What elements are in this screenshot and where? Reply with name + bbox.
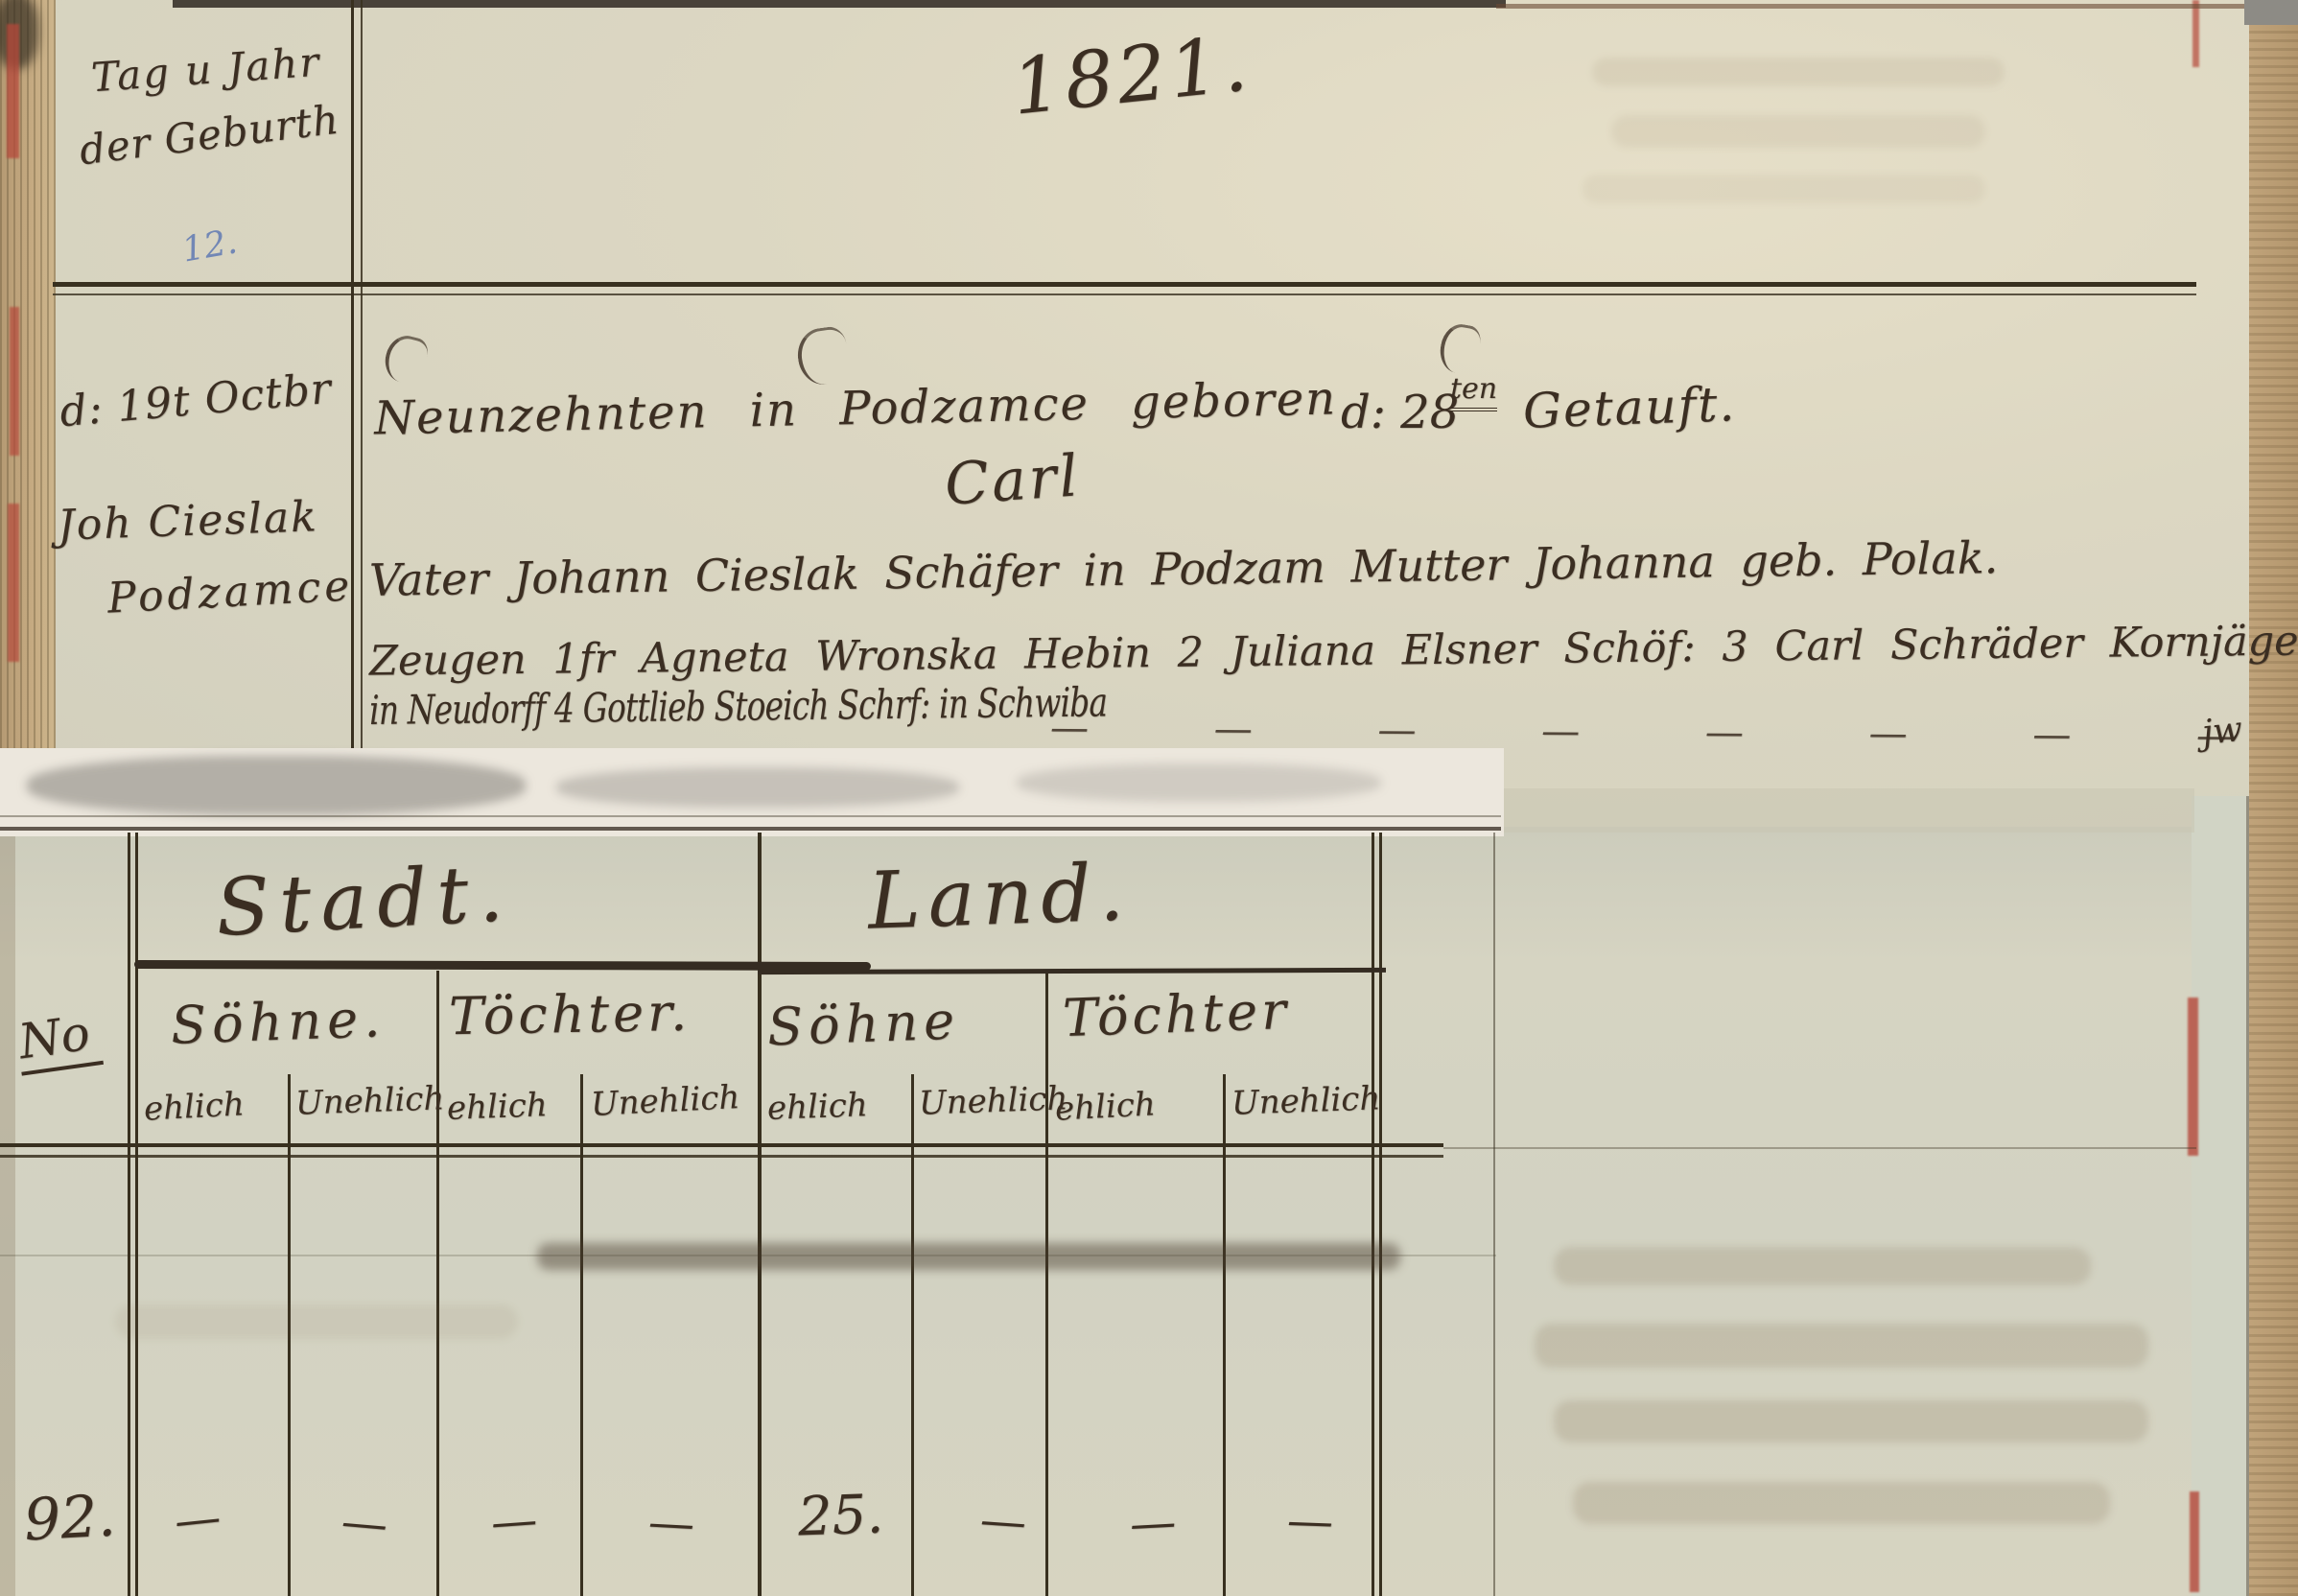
table-no-label: No — [13, 1003, 104, 1075]
bleedthrough-top-3 — [1583, 175, 1985, 203]
spine-corner-shadow — [0, 0, 38, 69]
page-left-edge-shadow — [0, 833, 15, 1596]
right-red-mark-top — [2192, 0, 2199, 67]
spine-red-streak-3 — [8, 504, 19, 662]
bleedthrough-top-1 — [1592, 58, 2005, 86]
bleedthrough-bottom-3 — [1554, 1400, 2148, 1443]
entry-baptism-date: d: 28 — [1341, 386, 1459, 439]
land-soehne-label: Söhne — [766, 991, 961, 1058]
entry-margin-name: Joh Cieslak — [57, 492, 318, 550]
land-toechter-ehlich-label: ehlich — [1054, 1085, 1157, 1128]
table-vline-stadt-st-divider — [436, 971, 439, 1596]
right-strip-divider — [2246, 796, 2249, 1596]
right-red-mark-mid — [2188, 997, 2198, 1156]
stadt-toechter-unehlich-label: Unehlich — [590, 1078, 740, 1124]
top-edge-line-right — [1496, 4, 2244, 9]
land-soehne-unehlich-label: Unehlich — [918, 1079, 1068, 1122]
stadt-soehne-label: Söhne. — [170, 988, 387, 1056]
bleedthrough-top-2 — [1611, 115, 1985, 148]
table-vline-land-soehne-split — [911, 1074, 914, 1596]
row-no-value: 92. — [22, 1483, 117, 1555]
bleedthrough-bottom-2 — [1535, 1324, 2148, 1368]
right-light-strip — [2192, 796, 2249, 1596]
header-rule-a — [53, 282, 2196, 287]
entry-witnesses-line2: in Neudorff 4 Gottlieb Stoeich Schrf: in… — [369, 678, 1107, 734]
seam-smudge-2 — [556, 767, 959, 808]
table-vline-far-right — [1493, 833, 1495, 1596]
register-page-scan: Tag u Jahr der Geburth 12. 1821. d: 19t … — [0, 0, 2298, 1596]
table-top-line — [0, 827, 1501, 831]
row-stadt-soehne-ehlich: — — [172, 1490, 223, 1549]
table-top-line-faint — [0, 815, 1501, 817]
table-vline-stadt-land-divider — [758, 833, 762, 1596]
table-land-label: Land. — [866, 847, 1133, 948]
table-vline-land-toechter-split — [1223, 1074, 1226, 1596]
bleedthrough-mid-left — [115, 1304, 518, 1339]
book-edge-right — [2249, 0, 2298, 1596]
entry-baptism-date-suffix: ten — [1450, 372, 1497, 411]
header-rule-b — [53, 293, 2196, 295]
table-vline-right-a — [1372, 833, 1374, 1596]
entry-baptism-word: Getauft. — [1522, 376, 1737, 439]
spine-red-streak-1 — [7, 24, 19, 158]
land-soehne-ehlich-label: ehlich — [766, 1086, 868, 1128]
stadt-toechter-ehlich-label: ehlich — [446, 1086, 548, 1128]
row-land-toechter-ehlich: — — [1129, 1495, 1178, 1551]
seam-smudge-3 — [1017, 763, 1381, 802]
stadt-soehne-ehlich-label: ehlich — [143, 1085, 246, 1128]
seam-smudge-1 — [27, 756, 526, 815]
seam-right-tone — [1504, 788, 2194, 833]
table-vline-no-a — [128, 833, 130, 1596]
table-stadt-label: Stadt. — [214, 848, 515, 954]
subheader-rule-b — [0, 1155, 1443, 1158]
header-column-divider-b — [361, 0, 363, 758]
spine-red-streak-2 — [10, 307, 19, 456]
table-vline-no-b — [135, 833, 138, 1596]
table-vline-land-st-divider — [1045, 971, 1048, 1596]
top-right-corner-patch — [2244, 0, 2298, 25]
bleedthrough-bottom-4 — [1573, 1482, 2110, 1524]
table-vline-stadt-toechter-split — [580, 1074, 583, 1596]
row-land-soehne-unehlich: — — [978, 1492, 1028, 1549]
subheader-rule-a — [0, 1143, 1443, 1147]
row-stadt-toechter-ehlich: — — [489, 1492, 539, 1549]
row-stadt-soehne-unehlich: — — [340, 1494, 390, 1552]
entry-corner-mark: jw — [2200, 710, 2244, 753]
body-seam-smudge — [537, 1243, 1400, 1270]
stadt-soehne-unehlich-label: Unehlich — [294, 1079, 445, 1122]
land-toechter-label: Töchter — [1062, 980, 1291, 1048]
row-stadt-toechter-unehlich: — — [647, 1495, 696, 1551]
stadt-toechter-label: Töchter. — [448, 982, 691, 1046]
bleedthrough-bottom-1 — [1554, 1247, 2091, 1285]
row-land-soehne-ehlich: 25. — [797, 1483, 884, 1548]
row-land-toechter-unehlich: — — [1286, 1493, 1334, 1549]
land-toechter-unehlich-label: Unehlich — [1231, 1079, 1381, 1122]
entry-child-name: Carl — [943, 442, 1083, 519]
table-vline-right-b — [1379, 833, 1382, 1596]
subheader-rule-extension — [1443, 1147, 2196, 1149]
top-edge-line — [173, 0, 1506, 8]
header-column-divider-a — [351, 0, 354, 758]
right-red-mark-bottom — [2190, 1491, 2199, 1592]
